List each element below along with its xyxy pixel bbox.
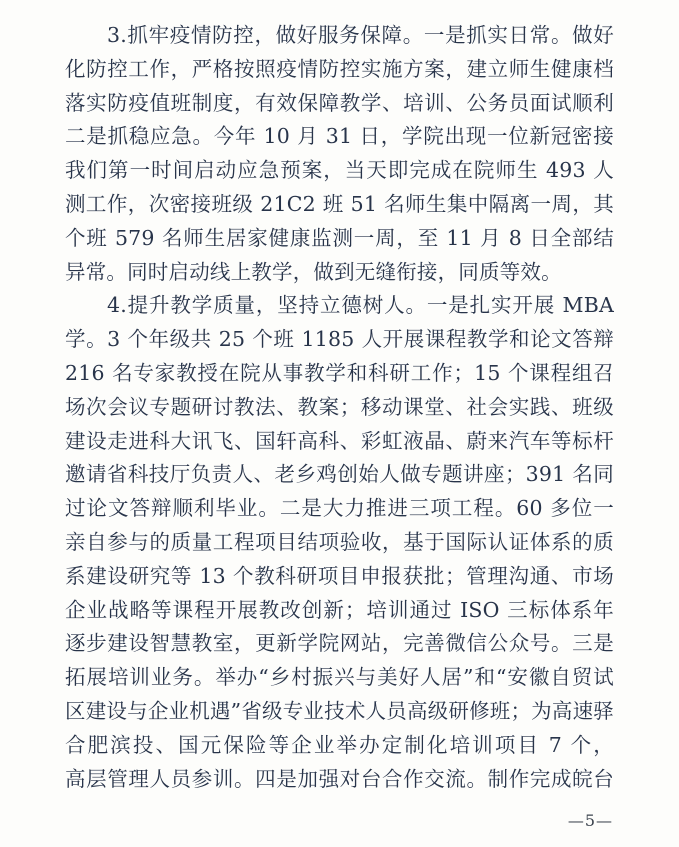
- text-line: 二是抓稳应急。今年 10 月 31 日，学院出现一位新冠密接者后，: [65, 120, 614, 154]
- text-line: 3.抓牢疫情防控，做好服务保障。一是抓实日常。做好常态: [65, 19, 614, 53]
- text-line: 拓展培训业务。举办“乡村振兴与美好人居”和“安徽自贸试验: [65, 661, 614, 695]
- text-line: 过论文答辩顺利毕业。二是大力推进三项工程。60 多位一线教师: [65, 492, 614, 526]
- text-line: 落实防疫值班制度，有效保障教学、培训、公务员面试顺利进行。: [65, 87, 614, 121]
- text-line: 系建设研究等 13 个教科研项目申报获批；管理沟通、市场营销、: [65, 560, 614, 594]
- text-line: 学。3 个年级共 25 个班 1185 人开展课程教学和论文答辩工作，: [65, 323, 614, 357]
- document-body: 3.抓牢疫情防控，做好服务保障。一是抓实日常。做好常态 化防控工作，严格按照疫情…: [65, 19, 614, 796]
- text-line: 化防控工作，严格按照疫情防控实施方案，建立师生健康档案，: [65, 53, 614, 87]
- text-line: 建设走进科大讯飞、国轩高科、彩虹液晶、蔚来汽车等标杆企业；: [65, 425, 614, 459]
- text-line: 个班 579 名师生居家健康监测一周，至 11 月 8 日全部结束，无: [65, 222, 614, 256]
- text-line: 亲自参与的质量工程项目结项验收，基于国际认证体系的质量体: [65, 526, 614, 560]
- text-line: 合肥滨投、国元保险等企业举办定制化培训项目 7 个， 456 名中: [65, 729, 614, 763]
- text-line: 测工作，次密接班级 21C2 班 51 名师生集中隔离一周，其余 12: [65, 188, 614, 222]
- document-page: 3.抓牢疫情防控，做好服务保障。一是抓实日常。做好常态 化防控工作，严格按照疫情…: [0, 0, 679, 847]
- text-line: 异常。同时启动线上教学，做到无缝衔接，同质等效。: [65, 256, 614, 290]
- text-line: 4.提升教学质量，坚持立德树人。一是扎实开展 MBA 教育教: [65, 289, 614, 323]
- text-line: 区建设与企业机遇”省级专业技术人员高级研修班；为高速驿达、: [65, 695, 614, 729]
- text-line: 邀请省科技厅负责人、老乡鸡创始人做专题讲座；391 名同学通: [65, 458, 614, 492]
- text-line: 逐步建设智慧教室，更新学院网站，完善微信公众号。三是积极: [65, 627, 614, 661]
- page-number: —5—: [568, 811, 613, 830]
- text-line: 高层管理人员参训。四是加强对台合作交流。制作完成皖台 MBA: [65, 763, 614, 797]
- text-line: 企业战略等课程开展教改创新；培训通过 ISO 三标体系年度监审；: [65, 594, 614, 628]
- text-line: 场次会议专题研讨教法、教案；移动课堂、社会实践、班级文化: [65, 391, 614, 425]
- text-line: 我们第一时间启动应急预案，当天即完成在院师生 493 人核酸检: [65, 154, 614, 188]
- text-line: 216 名专家教授在院从事教学和科研工作；15 个课程组召开 29: [65, 357, 614, 391]
